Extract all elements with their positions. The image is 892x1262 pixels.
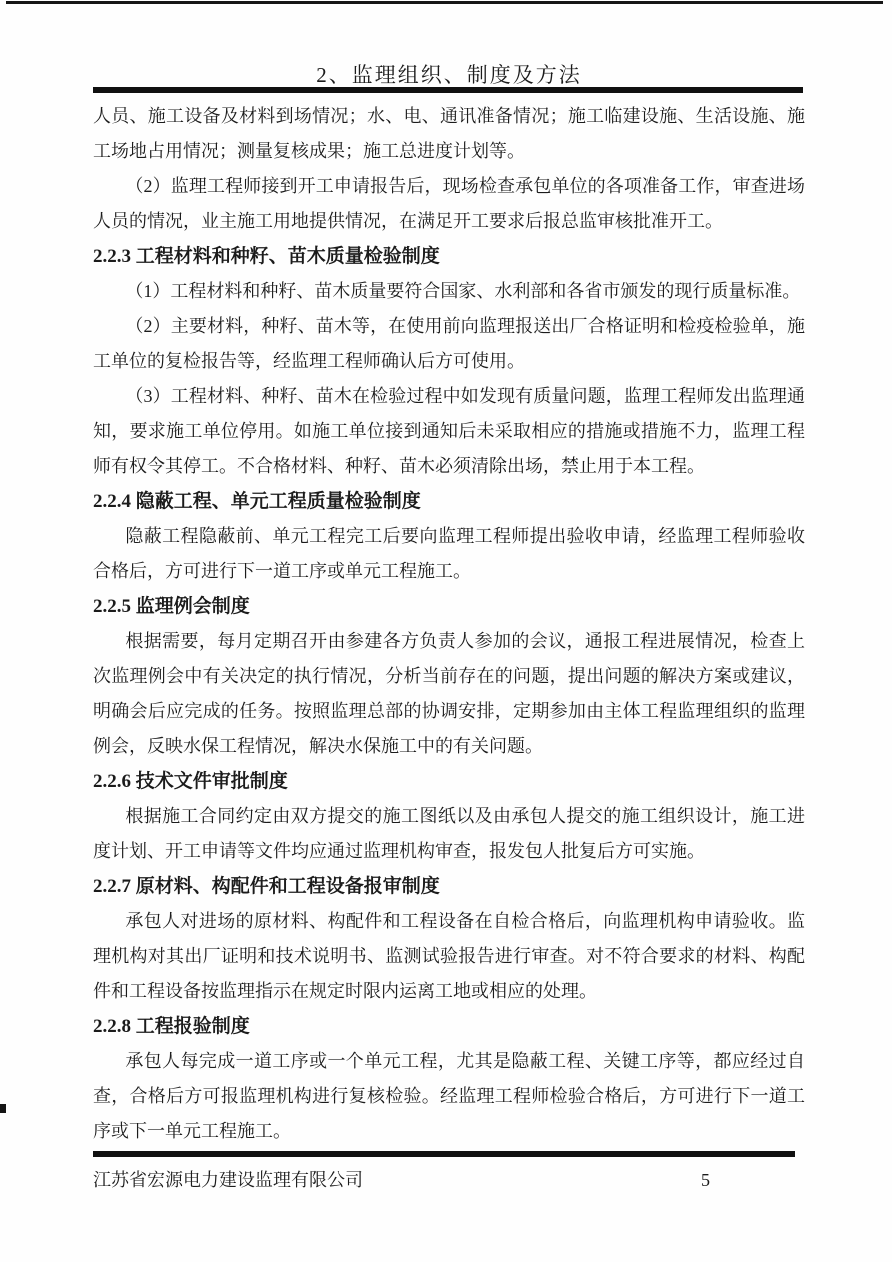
body-paragraph: （2）主要材料，种籽、苗木等，在使用前向监理报送出厂合格证明和检疫检验单，施工单… bbox=[93, 309, 805, 379]
footer-company-name: 江苏省宏源电力建设监理有限公司 bbox=[93, 1164, 363, 1196]
body-paragraph: （3）工程材料、种籽、苗木在检验过程中如发现有质量问题，监理工程师发出监理通知，… bbox=[93, 379, 805, 484]
body-paragraph: （2）监理工程师接到开工申请报告后，现场检查承包单位的各项准备工作，审查进场人员… bbox=[93, 169, 805, 239]
document-body: 人员、施工设备及材料到场情况；水、电、通讯准备情况；施工临建设施、生活设施、施工… bbox=[93, 99, 805, 1149]
section-heading: 2.2.3 工程材料和种籽、苗木质量检验制度 bbox=[93, 239, 805, 274]
section-heading: 2.2.5 监理例会制度 bbox=[93, 589, 805, 624]
body-paragraph: 承包人每完成一道工序或一个单元工程，尤其是隐蔽工程、关键工序等，都应经过自查，合… bbox=[93, 1044, 805, 1149]
scan-artifact-speck bbox=[0, 1104, 6, 1113]
body-paragraph: 承包人对进场的原材料、构配件和工程设备在自检合格后，向监理机构申请验收。监理机构… bbox=[93, 904, 805, 1009]
scan-top-edge-line bbox=[6, 1, 883, 4]
section-heading: 2.2.6 技术文件审批制度 bbox=[93, 764, 805, 799]
body-paragraph: 根据需要，每月定期召开由参建各方负责人参加的会议，通报工程进展情况，检查上次监理… bbox=[93, 624, 805, 764]
body-paragraph: （1）工程材料和种籽、苗木质量要符合国家、水利部和各省市颁发的现行质量标准。 bbox=[93, 274, 805, 309]
header-divider-rule bbox=[93, 87, 803, 93]
document-page: 2、监理组织、制度及方法 人员、施工设备及材料到场情况；水、电、通讯准备情况；施… bbox=[0, 0, 892, 1262]
page-header-title: 2、监理组织、制度及方法 bbox=[93, 59, 805, 89]
body-paragraph: 人员、施工设备及材料到场情况；水、电、通讯准备情况；施工临建设施、生活设施、施工… bbox=[93, 99, 805, 169]
section-heading: 2.2.8 工程报验制度 bbox=[93, 1009, 805, 1044]
section-heading: 2.2.7 原材料、构配件和工程设备报审制度 bbox=[93, 869, 805, 904]
body-paragraph: 根据施工合同约定由双方提交的施工图纸以及由承包人提交的施工组织设计，施工进度计划… bbox=[93, 799, 805, 869]
page-footer: 江苏省宏源电力建设监理有限公司 5 bbox=[93, 1164, 795, 1196]
footer-divider-rule bbox=[93, 1151, 795, 1157]
body-paragraph: 隐蔽工程隐蔽前、单元工程完工后要向监理工程师提出验收申请，经监理工程师验收合格后… bbox=[93, 519, 805, 589]
section-heading: 2.2.4 隐蔽工程、单元工程质量检验制度 bbox=[93, 484, 805, 519]
page-number: 5 bbox=[701, 1164, 795, 1196]
